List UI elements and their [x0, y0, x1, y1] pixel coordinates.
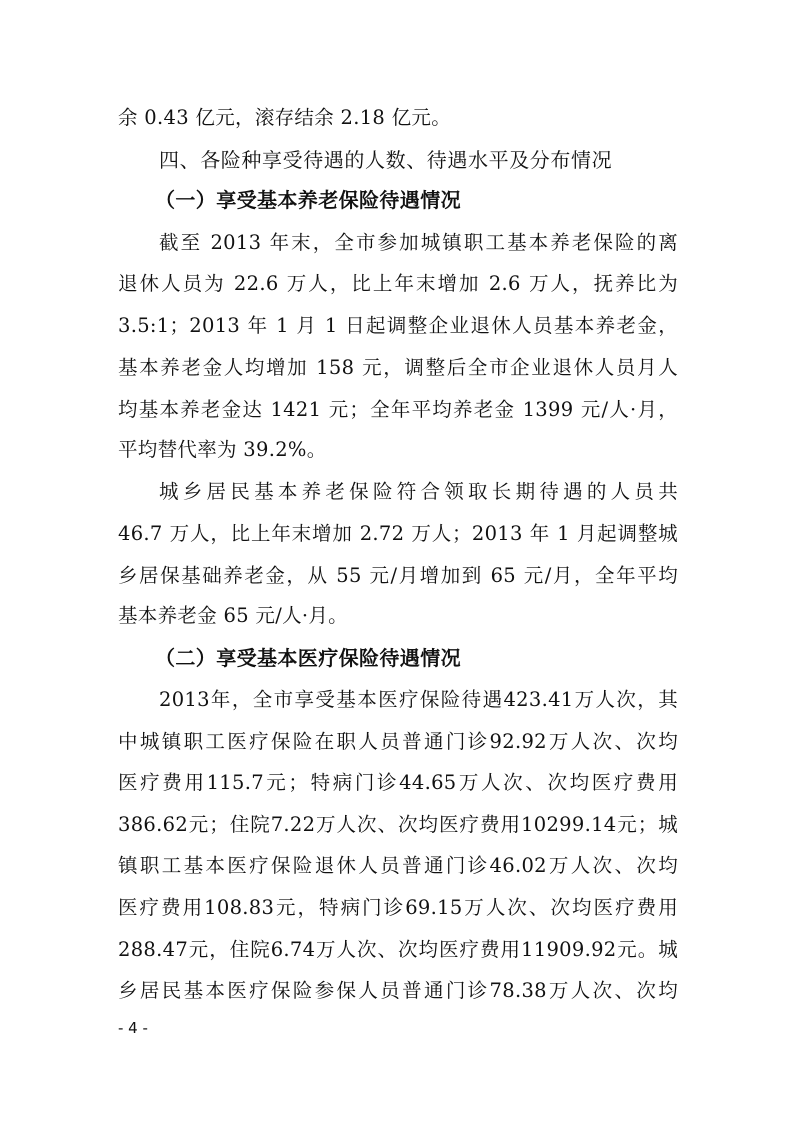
body-text-line: 镇职工基本医疗保险退休人员普通门诊46.02万人次、次均: [118, 854, 678, 878]
body-text-line: 288.47元，住院6.74万人次、次均医疗费用11909.92元。城: [118, 938, 678, 962]
body-text-line: 基本养老金 65 元/人·月。: [118, 604, 678, 628]
body-text-line: 3.5:1；2013 年 1 月 1 日起调整企业退休人员基本养老金，: [118, 314, 678, 338]
subsection-heading: （二）享受基本医疗保险待遇情况: [155, 646, 461, 670]
page-number: - 4 -: [118, 1019, 148, 1037]
body-text-line: 386.62元；住院7.22万人次、次均医疗费用10299.14元；城: [118, 813, 678, 837]
body-text-line: 中城镇职工医疗保险在职人员普通门诊92.92万人次、次均: [118, 730, 678, 754]
body-text-line: 截至 2013 年末，全市参加城镇职工基本养老保险的离: [159, 231, 678, 255]
body-text-line: 退休人员为 22.6 万人，比上年末增加 2.6 万人，抚养比为: [118, 272, 678, 296]
body-text-line: 2013年，全市享受基本医疗保险待遇423.41万人次，其: [159, 688, 678, 712]
body-text-line: 平均替代率为 39.2%。: [118, 438, 678, 462]
body-text-line: 乡居保基础养老金，从 55 元/月增加到 65 元/月，全年平均: [118, 564, 678, 588]
body-text-line: 城乡居民基本养老保险符合领取长期待遇的人员共: [159, 480, 678, 504]
body-text-line: 乡居民基本医疗保险参保人员普通门诊78.38万人次、次均: [118, 979, 678, 1003]
body-text-line: 46.7 万人，比上年末增加 2.72 万人；2013 年 1 月起调整城: [118, 522, 678, 546]
body-text-line: 均基本养老金达 1421 元；全年平均养老金 1399 元/人·月，: [118, 398, 678, 422]
section-heading: 四、各险种享受待遇的人数、待遇水平及分布情况: [159, 148, 612, 172]
body-text-line: 基本养老金人均增加 158 元，调整后全市企业退休人员月人: [118, 356, 678, 380]
subsection-heading: （一）享受基本养老保险待遇情况: [155, 188, 461, 212]
body-text-line: 医疗费用108.83元，特病门诊69.15万人次、次均医疗费用: [118, 896, 678, 920]
body-text-line: 余 0.43 亿元，滚存结余 2.18 亿元。: [118, 106, 678, 130]
document-page: 余 0.43 亿元，滚存结余 2.18 亿元。 四、各险种享受待遇的人数、待遇水…: [0, 0, 794, 1123]
body-text-line: 医疗费用115.7元；特病门诊44.65万人次、次均医疗费用: [118, 771, 678, 795]
